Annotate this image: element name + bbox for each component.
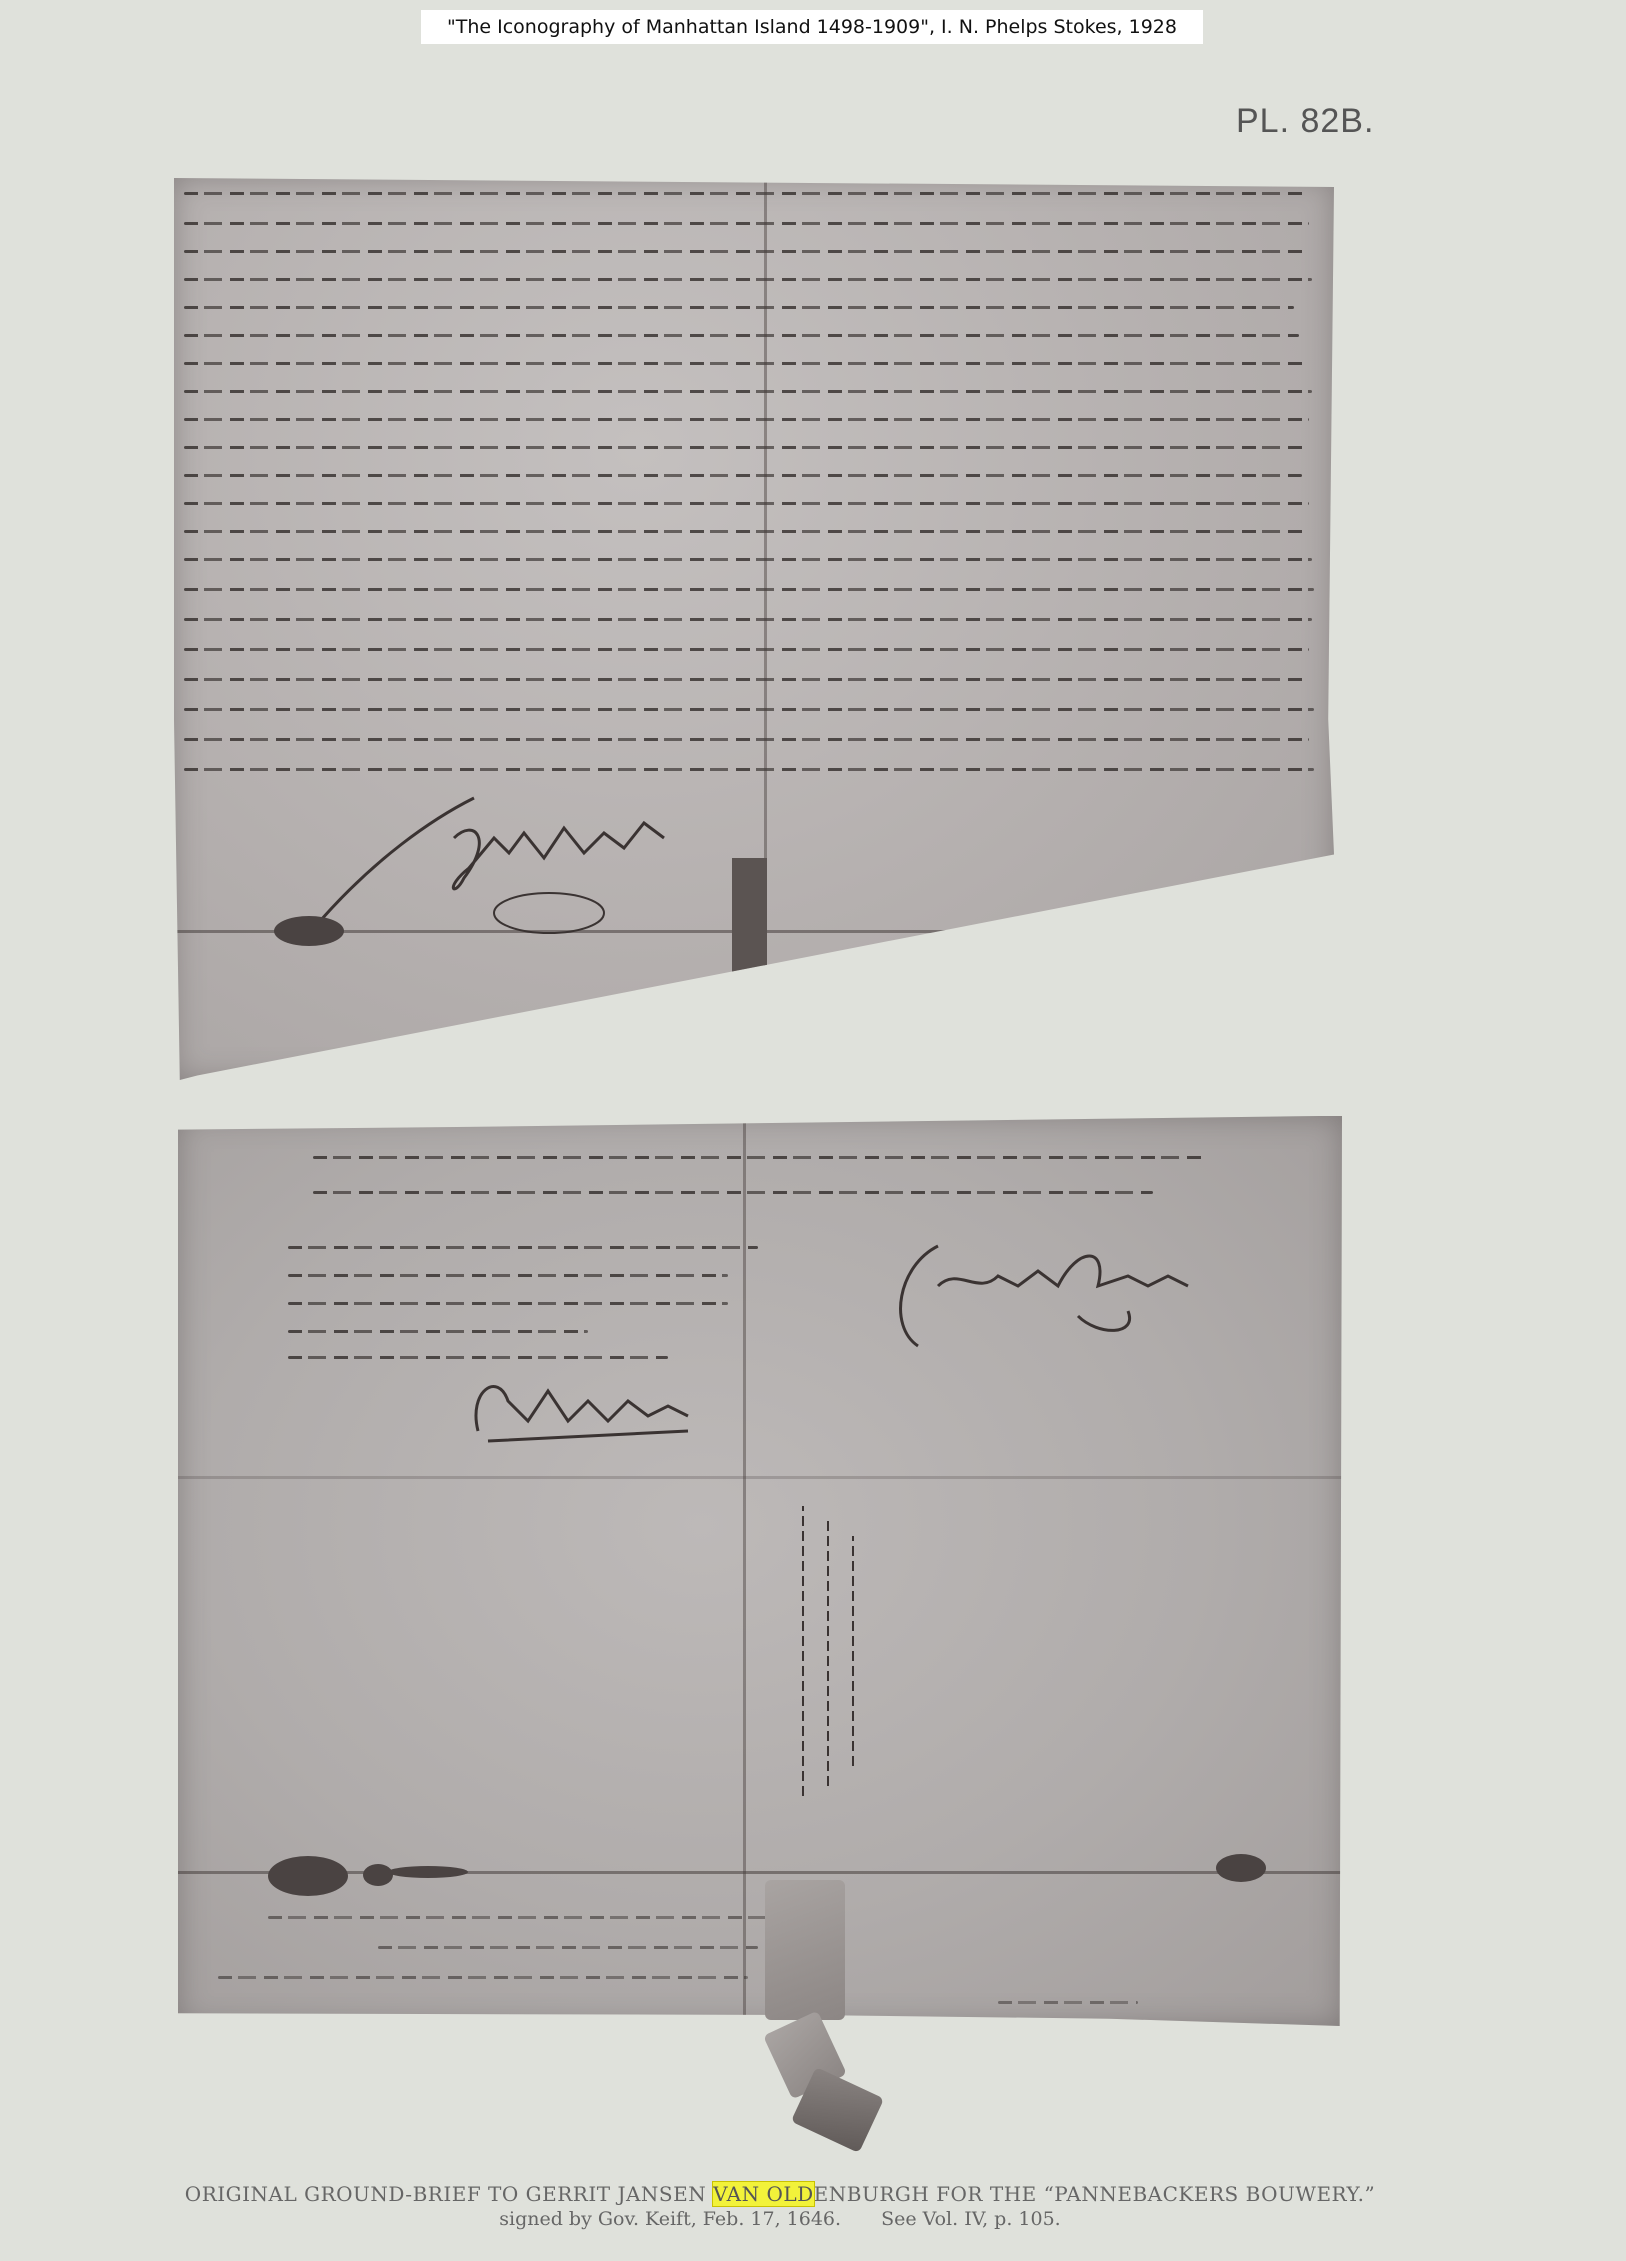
inverted-handwriting-line	[218, 1976, 748, 1979]
ink-blot	[388, 1866, 468, 1878]
handwriting-line	[288, 1330, 588, 1333]
handwriting-line	[184, 588, 1314, 591]
handwriting-line	[184, 362, 1304, 365]
handwriting-line	[184, 648, 1309, 651]
signature-kieft	[294, 778, 734, 948]
document-front-sheet	[174, 178, 1334, 1080]
seal-ribbon	[765, 1880, 845, 2020]
handwriting-line	[184, 306, 1294, 309]
ink-blot	[268, 1856, 348, 1896]
ink-blot	[1119, 903, 1194, 943]
caption-title: ORIGINAL GROUND-BRIEF TO GERRIT JANSEN V…	[160, 2182, 1400, 2206]
handwriting-line	[184, 738, 1309, 741]
plate-number: PL. 82B.	[1236, 102, 1374, 141]
handwriting-line	[184, 474, 1302, 477]
handwriting-line	[184, 278, 1312, 281]
handwriting-line	[184, 222, 1309, 225]
handwriting-line	[288, 1274, 728, 1277]
caption-signed: signed by Gov. Keift, Feb. 17, 1646.	[499, 2208, 841, 2230]
handwriting-line	[184, 334, 1299, 337]
inverted-handwriting-line	[268, 1916, 768, 1919]
caption-reference: See Vol. IV, p. 105.	[881, 2208, 1061, 2230]
handwriting-line	[184, 446, 1304, 449]
ink-blot	[363, 1864, 393, 1886]
handwriting-line	[184, 390, 1312, 393]
fold-crease	[178, 1476, 1342, 1479]
handwriting-line	[184, 558, 1312, 561]
highlighted-text: VAN OLD	[713, 2182, 814, 2206]
fold-crease	[743, 1116, 746, 2026]
ink-blot	[274, 916, 344, 946]
document-back-sheet	[178, 1116, 1342, 2026]
handwriting-line	[288, 1356, 668, 1359]
handwriting-line	[313, 1191, 1153, 1194]
handwriting-line	[288, 1302, 728, 1305]
inverted-handwriting-line	[998, 2001, 1138, 2004]
handwriting-line	[184, 618, 1312, 621]
handwriting-line	[288, 1246, 758, 1249]
signature-van-brugge	[878, 1226, 1318, 1356]
handwriting-line	[184, 418, 1309, 421]
handwriting-line	[184, 678, 1304, 681]
ink-blot	[1216, 1854, 1266, 1882]
handwriting-line	[313, 1156, 1203, 1159]
caption-title-end: ENBURGH FOR THE “PANNEBACKERS BOUWERY.”	[814, 2182, 1376, 2206]
source-banner: "The Iconography of Manhattan Island 149…	[421, 10, 1203, 44]
handwriting-line	[184, 502, 1309, 505]
plate-caption: ORIGINAL GROUND-BRIEF TO GERRIT JANSEN V…	[160, 2182, 1400, 2230]
handwriting-line	[184, 530, 1304, 533]
caption-title-start: ORIGINAL GROUND-BRIEF TO GERRIT JANSEN	[185, 2182, 713, 2206]
seal-slot	[732, 858, 767, 994]
inverted-handwriting-line	[378, 1946, 758, 1949]
signature-van-ruyven	[448, 1361, 788, 1451]
fold-crease	[178, 1871, 1342, 1874]
vertical-endorsement	[783, 1496, 873, 1806]
caption-subtitle: signed by Gov. Keift, Feb. 17, 1646.See …	[160, 2208, 1400, 2230]
handwriting-line	[184, 192, 1304, 195]
handwriting-line	[184, 708, 1314, 711]
handwriting-line	[184, 768, 1314, 771]
handwriting-line	[184, 250, 1304, 253]
